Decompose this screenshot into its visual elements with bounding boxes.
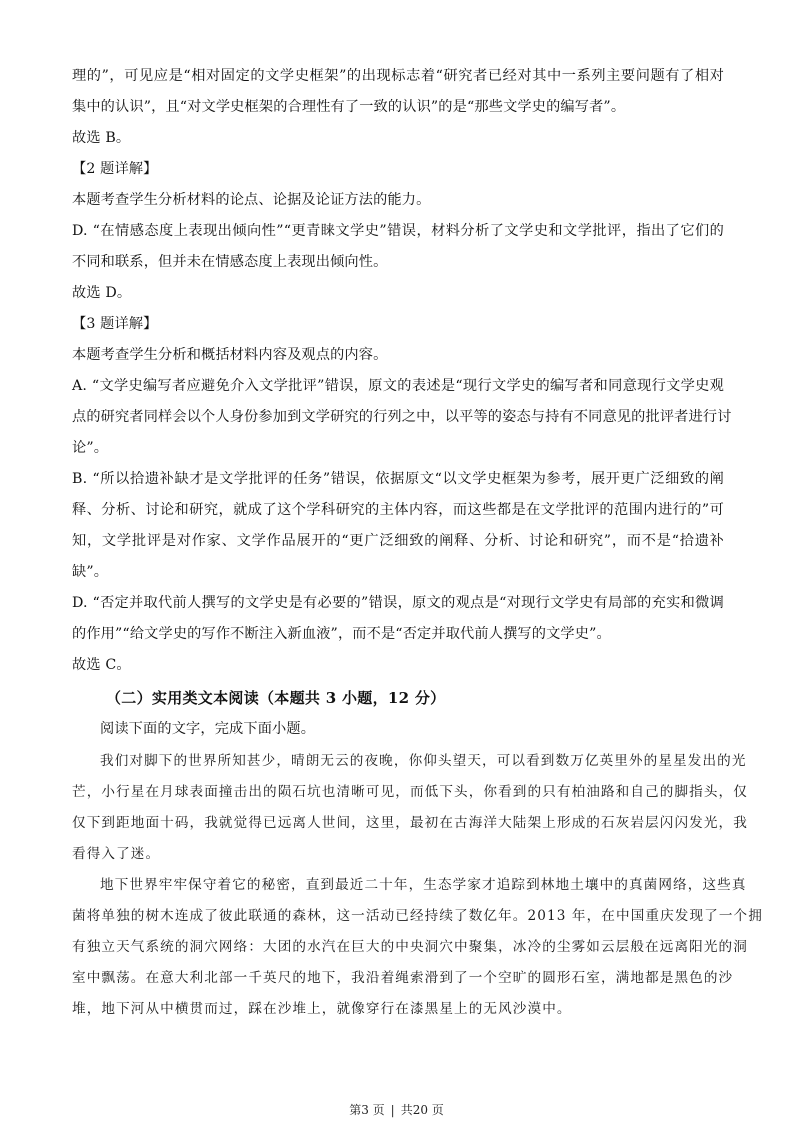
analysis-line: 知，文学批评是对作家、文学作品展开的“更广泛细致的阐释、分析、讨论和研究”，而不… [72,531,724,551]
analysis-line: 缺”。 [72,562,724,582]
page-total: 共20 页 [401,1103,444,1117]
analysis-line: 集中的认识”，且“对文学史框架的合理性有了一致的认识”的是“那些文学史的编写者”… [72,97,724,117]
analysis-line: 本题考查学生分析材料的论点、论据及论证方法的能力。 [72,190,724,210]
answer-choice-line: 故选 C。 [72,655,724,675]
analysis-line: 理的”，可见应是“相对固定的文学史框架”的出现标志着“研究者已经对其中一系列主要… [72,66,724,86]
passage-line: 室中飘荡。在意大利北部一千英尺的地下，我沿着绳索滑到了一个空旷的圆形石室，满地都… [72,968,724,988]
answer-choice-line: 故选 D。 [72,283,724,303]
passage-line: 芒，小行星在月球表面撞击出的陨石坑也清晰可见，而低下头，你看到的只有柏油路和自己… [72,782,724,802]
section-heading: （二）实用类文本阅读（本题共 3 小题，12 分） [106,688,445,708]
passage-line: 有独立天气系统的洞穴网络：大团的水汽在巨大的中央洞穴中聚集，冰冷的尘雾如云层般在… [72,937,724,957]
passage-line: 菌将单独的树木连成了彼此联通的森林，这一活动已经持续了数亿年。2013 年，在中… [72,906,724,926]
page-number: 第3 页 [349,1103,384,1117]
instruction-text: 阅读下面的文字，完成下面小题。 [100,719,724,739]
analysis-line: 释、分析、讨论和研究，就成了这个学科研究的主体内容，而这些都是在文学批评的范围内… [72,500,724,520]
passage-line: 我们对脚下的世界所知甚少，晴朗无云的夜晚，你仰头望天，可以看到数万亿英里外的星星… [100,751,724,771]
footer-separator: | [391,1103,395,1117]
analysis-line: 不同和联系，但并未在情感态度上表现出倾向性。 [72,252,724,272]
analysis-line: D. “在情感态度上表现出倾向性”“更青睐文学史”错误，材料分析了文学史和文学批… [72,221,724,241]
analysis-line: B. “所以拾遗补缺才是文学批评的任务”错误，依据原文“以文学史框架为参考，展开… [72,469,724,489]
analysis-line: 本题考查学生分析和概括材料内容及观点的内容。 [72,345,724,365]
analysis-line: D. “否定并取代前人撰写的文学史是有必要的”错误，原文的观点是“对现行文学史有… [72,593,724,613]
question-detail-heading: 【3 题详解】 [72,314,724,334]
analysis-line: 点的研究者同样会以个人身份参加到文学研究的行列之中，以平等的姿态与持有不同意见的… [72,407,724,427]
analysis-line: 的作用”“给文学史的写作不断注入新血液”，而不是“否定并取代前人撰写的文学史”。 [72,624,724,644]
question-detail-heading: 【2 题详解】 [72,159,724,179]
answer-choice-line: 故选 B。 [72,128,724,148]
page-footer: 第3 页|共20 页 [0,1102,793,1118]
passage-line: 看得入了迷。 [72,844,724,864]
analysis-line: 论”。 [72,438,724,458]
passage-line: 仅下到距地面十码，我就觉得已远离人世间，这里，最初在古海洋大陆架上形成的石灰岩层… [72,813,724,833]
document-page: 理的”，可见应是“相对固定的文学史框架”的出现标志着“研究者已经对其中一系列主要… [0,0,793,1122]
analysis-line: A. “文学史编写者应避免介入文学批评”错误，原文的表述是“现行文学史的编写者和… [72,376,724,396]
passage-line: 堆，地下河从中横贯而过，踩在沙堆上，就像穿行在漆黑星上的无风沙漠中。 [72,999,724,1019]
passage-line: 地下世界牢牢保守着它的秘密，直到最近二十年，生态学家才追踪到林地土壤中的真菌网络… [100,875,724,895]
